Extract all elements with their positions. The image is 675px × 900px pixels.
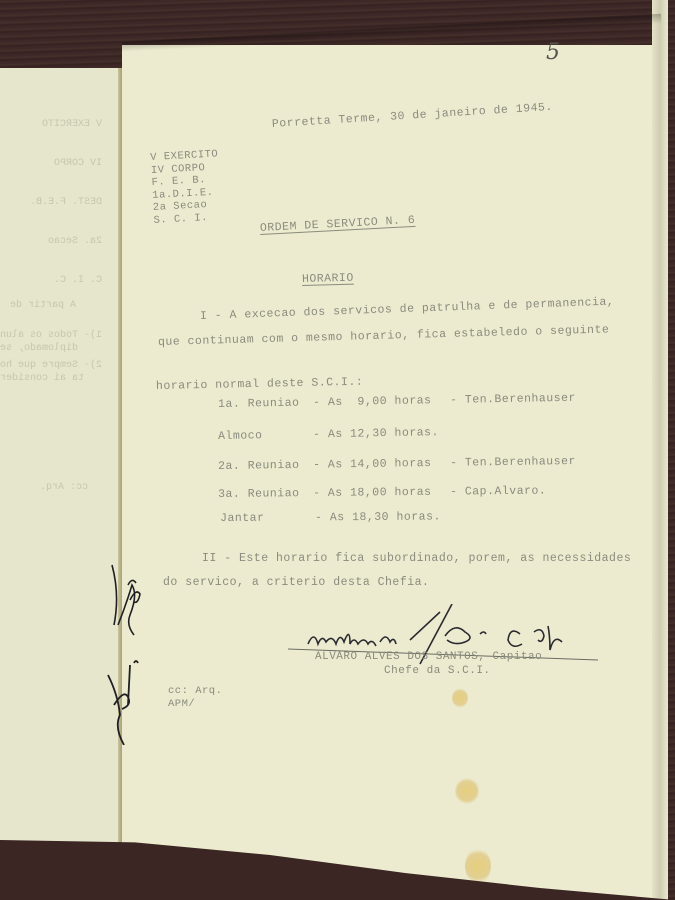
paragraph-2-line-2: do servico, a criterio desta Chefia. <box>163 576 429 589</box>
paper-stain <box>465 848 491 884</box>
cc-line: cc: Arq. <box>168 685 222 697</box>
ghost-line: IV CORPO <box>30 157 102 170</box>
ghost-line: cc: Arq. <box>40 482 88 493</box>
initials-line: APM/ <box>168 698 195 710</box>
schedule-responsible: - Ten.Berenhauser <box>450 392 576 407</box>
facing-page-letterhead-showthrough: V EXERCITO IV CORPO DEST. F.E.B. 2a. Sec… <box>30 92 102 313</box>
ghost-line: 2a. Secao <box>30 235 102 248</box>
signatory-name: ALVARO ALVES DOS SANTOS, Capitao <box>315 651 542 663</box>
schedule-event: 1a. Reuniao <box>218 397 300 411</box>
signatory-role: Chefe da S.C.I. <box>384 665 491 677</box>
schedule-responsible: - Cap.Alvaro. <box>450 485 546 499</box>
schedule-event: 2a. Reuniao <box>218 459 300 473</box>
schedule-responsible: - Ten.Berenhauser <box>450 455 576 470</box>
ghost-line: ta ai consider <box>0 373 84 384</box>
handwritten-signature <box>280 604 610 694</box>
schedule-time: - As 9,00 horas <box>313 394 432 409</box>
paper-stain <box>452 688 468 708</box>
ghost-line: V EXERCITO <box>30 118 102 131</box>
schedule-event: Almoco <box>218 429 263 443</box>
schedule-event: 3a. Reuniao <box>218 487 300 501</box>
schedule-time: - As 18,30 horas. <box>315 510 441 524</box>
margin-handwritten-initials <box>100 555 150 745</box>
ghost-line: 1)- Todos os alun <box>0 330 102 341</box>
paragraph-2-line-1: II - Este horario fica subordinado, pore… <box>202 552 631 565</box>
letterhead: V EXERCITO IV CORPO F. E. B. 1a.D.I.E. 2… <box>150 148 222 226</box>
paper-stain <box>455 778 479 804</box>
schedule-time: - As 12,30 horas. <box>313 426 439 441</box>
facing-page: V EXERCITO IV CORPO DEST. F.E.B. 2a. Sec… <box>0 68 124 868</box>
document-subtitle: HORARIO <box>302 272 354 286</box>
ghost-line: DEST. F.E.B. <box>30 196 102 209</box>
page-stack-edge <box>652 0 668 900</box>
schedule-time: - As 18,00 horas <box>313 486 432 500</box>
schedule-time: - As 14,00 horas <box>313 457 432 472</box>
handwritten-page-number: 5 <box>546 40 560 65</box>
ghost-line: diplomado, se <box>0 343 78 354</box>
ghost-line: 2)- Sempre que ho <box>0 360 102 371</box>
ghost-line: A partir de <box>10 300 76 311</box>
schedule-event: Jantar <box>220 512 265 525</box>
ghost-line: C. I. C. <box>30 274 102 287</box>
